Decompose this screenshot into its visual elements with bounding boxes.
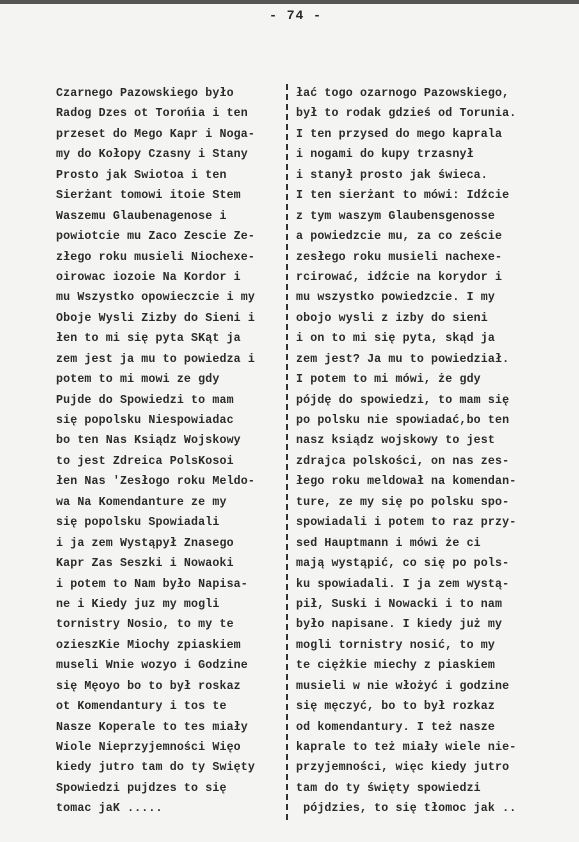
left-column-line: Prosto jak Swiotoa i ten bbox=[56, 166, 286, 186]
right-column-line: ku spowiadali. I ja zem wystą- bbox=[296, 575, 556, 595]
right-column-line: pójdzies, to się tłomoc jak .. bbox=[296, 799, 556, 819]
left-column-line: tomac jaK ..... bbox=[56, 799, 286, 819]
right-column-line: kaprale to też miały wiele nie- bbox=[296, 738, 556, 758]
left-column-line: bo ten Nas Ksiądz Wojskowy bbox=[56, 431, 286, 451]
left-column-line: Oboje Wysli Zizby do Sieni i bbox=[56, 309, 286, 329]
left-column-line: oirowac iozoie Na Kordor i bbox=[56, 268, 286, 288]
left-column-line: my do Kołopy Czasny i Stany bbox=[56, 145, 286, 165]
left-column-line: powiotcie mu Zaco Zescie Ze- bbox=[56, 227, 286, 247]
left-column-line: ot Komendantury i tos te bbox=[56, 697, 286, 717]
right-column-line: nasz ksiądz wojskowy to jest bbox=[296, 431, 556, 451]
right-column-line: z tym waszym Glaubensgenosse bbox=[296, 207, 556, 227]
right-column-line: spowiadali i potem to raz przy- bbox=[296, 513, 556, 533]
right-column-line: te ciężkie miechy z piaskiem bbox=[296, 656, 556, 676]
page-number: - 74 - bbox=[0, 8, 579, 23]
right-column-line: I ten przysed do mego kaprala bbox=[296, 125, 556, 145]
right-column-line: po polsku nie spowiadać,bo ten bbox=[296, 411, 556, 431]
right-column-line: ture, ze my się po polsku spo- bbox=[296, 493, 556, 513]
right-column-line: łego roku meldował na komendan- bbox=[296, 472, 556, 492]
left-column-line: to jest Zdreica PolsKosoi bbox=[56, 452, 286, 472]
right-column-line: pójdę do spowiedzi, to mam się bbox=[296, 391, 556, 411]
right-column-line: łać togo ozarnogo Pazowskiego, bbox=[296, 84, 556, 104]
left-column-line: zem jest ja mu to powiedza i bbox=[56, 350, 286, 370]
right-column-line: i nogami do kupy trzasnył bbox=[296, 145, 556, 165]
right-column-line: I potem to mi mówi, że gdy bbox=[296, 370, 556, 390]
right-column-line: od komendantury. I też nasze bbox=[296, 718, 556, 738]
right-column-line: rcirować, idźcie na korydor i bbox=[296, 268, 556, 288]
left-column-line: łen to mi się pyta SKąt ja bbox=[56, 329, 286, 349]
right-column-normalized-text: łać togo ozarnogo Pazowskiego,był to rod… bbox=[296, 84, 556, 820]
left-column-line: Nasze Koperale to tes miały bbox=[56, 718, 286, 738]
left-column-line: Pujde do Spowiedzi to mam bbox=[56, 391, 286, 411]
left-column-line: Spowiedzi pujdzes to się bbox=[56, 779, 286, 799]
page-top-edge bbox=[0, 0, 579, 4]
left-column-line: ozieszKie Miochy zpiaskiem bbox=[56, 636, 286, 656]
right-column-line: zesłego roku musieli nachexe- bbox=[296, 248, 556, 268]
right-column-line: zem jest? Ja mu to powiedział. bbox=[296, 350, 556, 370]
left-column-line: kiedy jutro tam do ty Swięty bbox=[56, 758, 286, 778]
right-column-line: był to rodak gdzieś od Torunia. bbox=[296, 104, 556, 124]
left-column-line: Radog Dzes ot Torońia i ten bbox=[56, 104, 286, 124]
left-column-line: się Męoyo bo to był roskaz bbox=[56, 677, 286, 697]
column-divider bbox=[286, 84, 288, 820]
left-column-original-transcription: Czarnego Pazowskiego byłoRadog Dzes ot T… bbox=[56, 84, 286, 820]
left-column-line: złego roku musieli Niochexe- bbox=[56, 248, 286, 268]
right-column-line: i on to mi się pyta, skąd ja bbox=[296, 329, 556, 349]
left-column-line: Kapr Zas Seszki i Nowaoki bbox=[56, 554, 286, 574]
right-column-line: przyjemności, więc kiedy jutro bbox=[296, 758, 556, 778]
left-column-line: museli Wnie wozyo i Godzine bbox=[56, 656, 286, 676]
right-column-line: mają wystąpić, co się po pols- bbox=[296, 554, 556, 574]
left-column-line: i potem to Nam było Napisa- bbox=[56, 575, 286, 595]
left-column-line: się popolsku Spowiadali bbox=[56, 513, 286, 533]
right-column-line: mogli tornistry nosić, to my bbox=[296, 636, 556, 656]
left-column-line: Wiole Nieprzyjemności Więo bbox=[56, 738, 286, 758]
right-column-line: pił, Suski i Nowacki i to nam bbox=[296, 595, 556, 615]
right-column-line: zdrajca polskości, on nas zes- bbox=[296, 452, 556, 472]
left-column-line: łen Nas 'Zesłogo roku Meldo- bbox=[56, 472, 286, 492]
right-column-line: mu wszystko powiedzcie. I my bbox=[296, 288, 556, 308]
left-column-line: ne i Kiedy juz my mogli bbox=[56, 595, 286, 615]
right-column-line: a powiedzcie mu, za co zeście bbox=[296, 227, 556, 247]
right-column-line: tam do ty święty spowiedzi bbox=[296, 779, 556, 799]
left-column-line: Czarnego Pazowskiego było bbox=[56, 84, 286, 104]
right-column-line: i stanył prosto jak świeca. bbox=[296, 166, 556, 186]
left-column-line: i ja zem Wystąpył Znasego bbox=[56, 534, 286, 554]
left-column-line: tornistry Nosio, to my te bbox=[56, 615, 286, 635]
right-column-line: sed Hauptmann i mówi że ci bbox=[296, 534, 556, 554]
left-column-line: przeset do Mego Kapr i Noga- bbox=[56, 125, 286, 145]
right-column-line: było napisane. I kiedy już my bbox=[296, 615, 556, 635]
left-column-line: mu Wszystko opowieczcie i my bbox=[56, 288, 286, 308]
right-column-line: musieli w nie włożyć i godzine bbox=[296, 677, 556, 697]
left-column-line: Sierżant tomowi itoie Stem bbox=[56, 186, 286, 206]
left-column-line: wa Na Komendanture ze my bbox=[56, 493, 286, 513]
left-column-line: potem to mi mowi ze gdy bbox=[56, 370, 286, 390]
left-column-line: się popolsku Niespowiadac bbox=[56, 411, 286, 431]
right-column-line: obojo wysli z izby do sieni bbox=[296, 309, 556, 329]
left-column-line: Waszemu Glaubenagenose i bbox=[56, 207, 286, 227]
right-column-line: I ten sierżant to mówi: Idźcie bbox=[296, 186, 556, 206]
right-column-line: się męczyć, bo to był rozkaz bbox=[296, 697, 556, 717]
